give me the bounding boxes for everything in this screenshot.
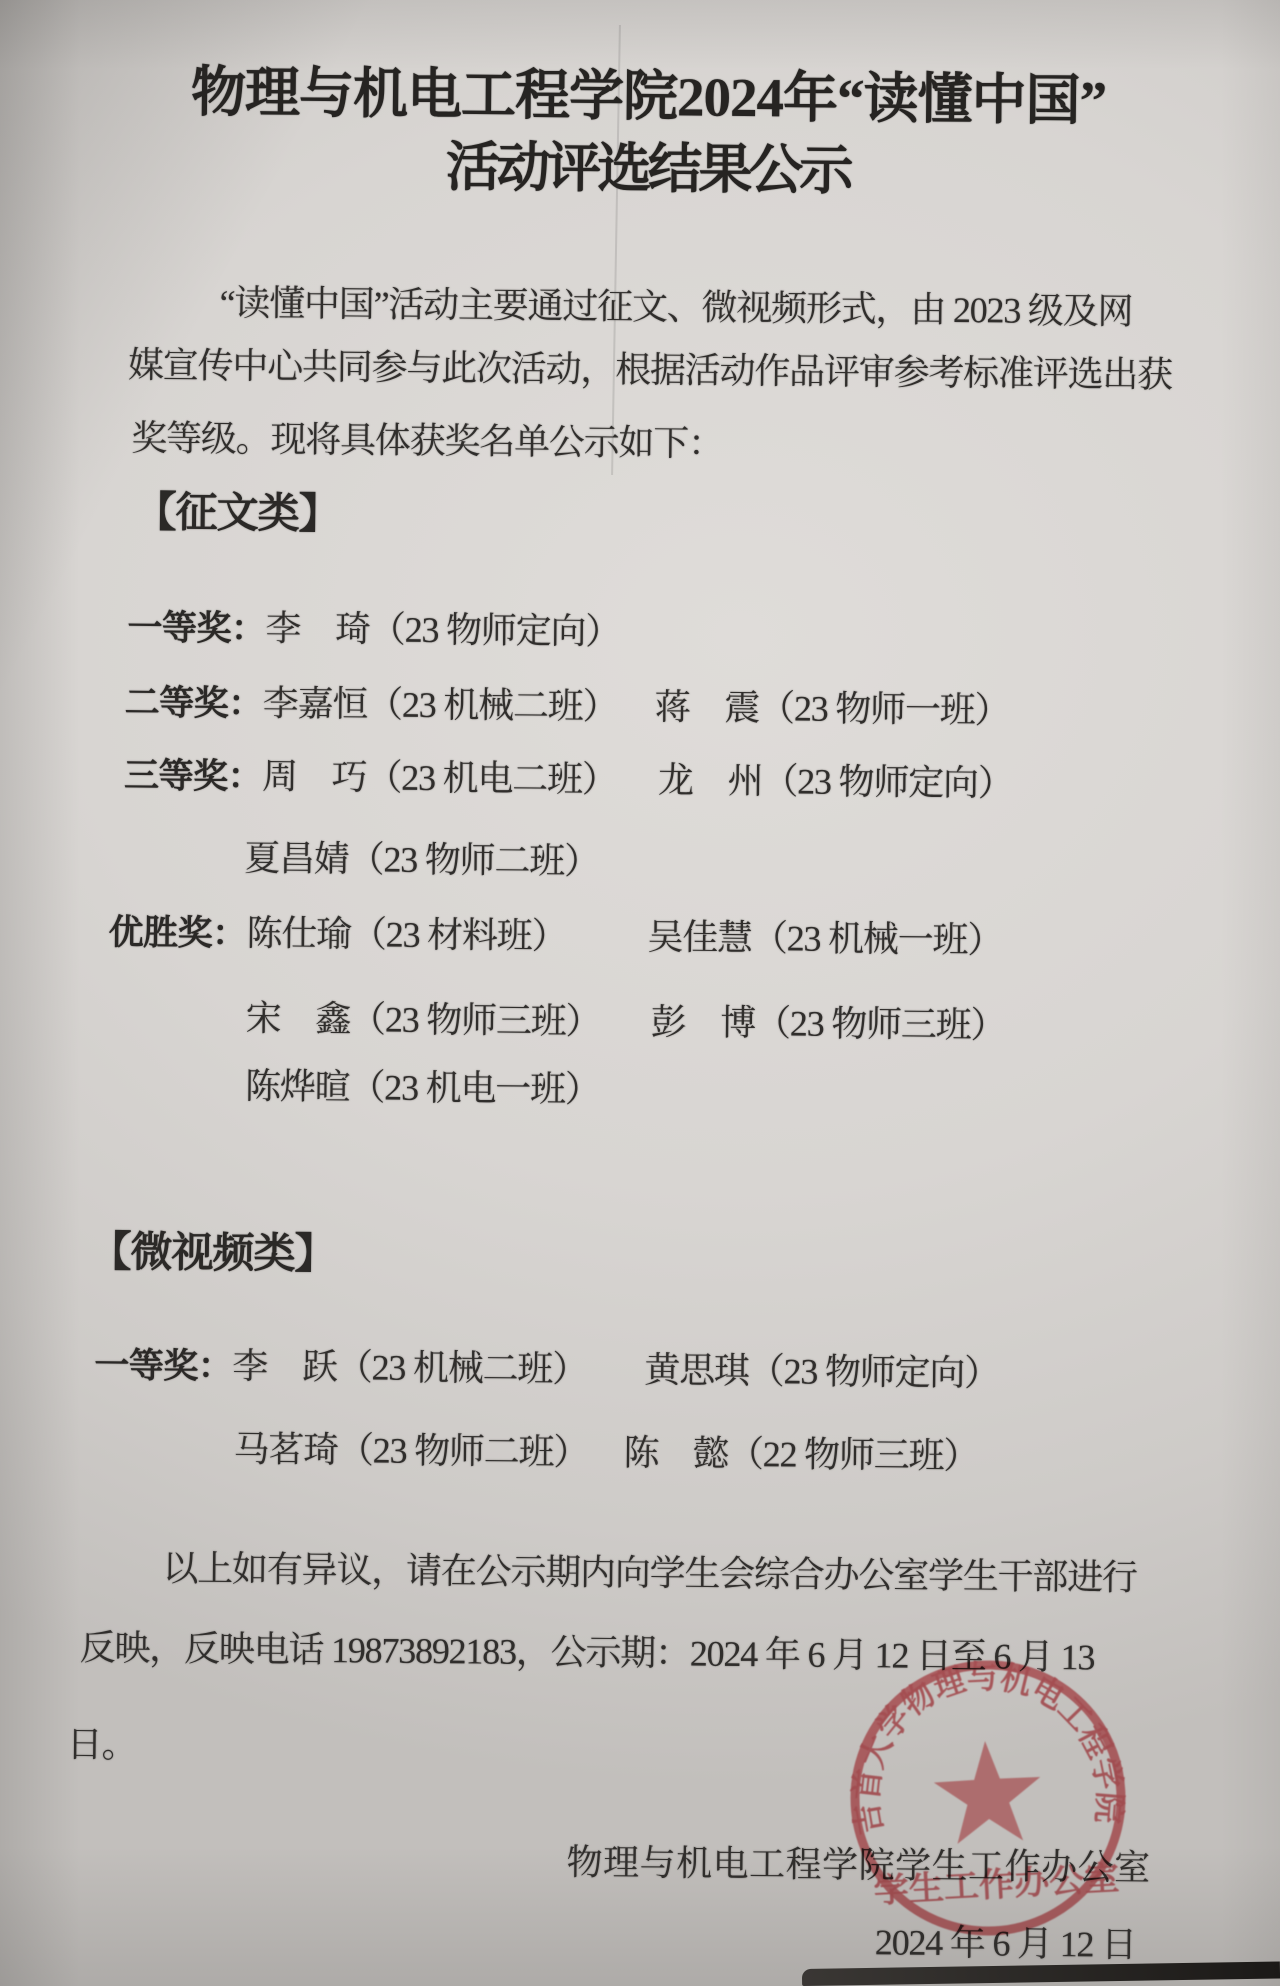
stamp-banner-text: 学生工作办公室 [873, 1860, 1121, 1910]
doc-title-line-2: 活动评选结果公示 [8, 136, 1280, 202]
intro-line-3: 奖等级。现将具体获奖名单公示如下： [131, 420, 723, 462]
award-row-video-1: 一等奖：李 跃（23 机械二班） 黄思琪（23 物师定向） [94, 1347, 587, 1388]
award-winner-primary: 李 琦（23 物师定向） [265, 608, 620, 651]
award-row-essay-7: 陈烨暄（23 机电一班） [245, 1068, 600, 1107]
award-winner-primary: 周 巧（23 机电二班） [262, 756, 617, 799]
award-winner-primary: 夏昌婧（23 物师二班） [244, 838, 599, 881]
award-winner-primary: 陈仕瑜（23 材料班） [246, 913, 566, 956]
video-section-header: 【微视频类】 [89, 1231, 335, 1275]
award-rank-label: 一等奖： [94, 1346, 232, 1386]
award-row-video-2: 马茗琦（23 物师二班） 陈 懿（22 物师三班） [233, 1431, 588, 1470]
intro-line-1: “读懂中国”活动主要通过征文、微视频形式，由 2023 级及网 [219, 285, 1132, 330]
award-winner-secondary: 黄思琪（23 物师定向） [644, 1352, 999, 1391]
award-winner-primary: 马茗琦（23 物师二班） [233, 1429, 588, 1472]
award-winner-secondary: 蒋 震（23 物师一班） [655, 689, 1010, 728]
doc-title-line-1: 物理与机电工程学院2024年“读懂中国” [8, 63, 1280, 130]
intro-line-2: 媒宣传中心共同参与此次活动，根据活动作品评审参考标准评选出获 [128, 347, 1172, 393]
award-row-essay-2: 二等奖：李嘉恒（23 机械二班） 蒋 震（23 物师一班） [125, 684, 618, 725]
award-row-essay-6: 宋 鑫（23 物师三班） 彭 博（23 物师三班） [246, 1000, 601, 1039]
essay-section-header: 【征文类】 [134, 491, 339, 535]
closing-line-1: 以上如有异议，请在公示期内向学生会综合办公室学生干部进行 [162, 1550, 1137, 1595]
closing-line-3: 日。 [67, 1727, 137, 1764]
stamp-star-icon [932, 1738, 1044, 1845]
award-winner-secondary: 彭 博（23 物师三班） [651, 1004, 1006, 1043]
award-rank-label: 二等奖： [125, 683, 263, 723]
award-row-essay-5: 优胜奖：陈仕瑜（23 材料班） 吴佳慧（23 机械一班） [108, 914, 566, 954]
award-winner-primary: 李 跃（23 机械二班） [232, 1346, 587, 1389]
official-stamp: 吉首大学物理与机电工程学院 学生工作办公室 [839, 1649, 1137, 1947]
award-row-essay-3: 三等奖：周 巧（23 机电二班） 龙 州（23 物师定向） [124, 757, 617, 798]
award-winner-primary: 宋 鑫（23 物师三班） [246, 998, 601, 1041]
award-rank-label: 优胜奖： [108, 913, 246, 953]
award-winner-secondary: 龙 州（23 物师定向） [658, 762, 1013, 801]
award-row-essay-1: 一等奖：李 琦（23 物师定向） [127, 609, 620, 650]
document-photo: 物理与机电工程学院2024年“读懂中国” 活动评选结果公示 “读懂中国”活动主要… [0, 0, 1280, 1986]
award-winner-secondary: 陈 懿（22 物师三班） [623, 1435, 978, 1474]
award-winner-primary: 陈烨暄（23 机电一班） [245, 1066, 600, 1109]
award-rank-label: 一等奖： [127, 608, 265, 648]
award-winner-secondary: 吴佳慧（23 机械一班） [647, 919, 1002, 958]
award-winner-primary: 李嘉恒（23 机械二班） [263, 683, 618, 726]
award-rank-label: 三等奖： [124, 756, 262, 796]
award-row-essay-4: 夏昌婧（23 物师二班） [244, 840, 599, 879]
